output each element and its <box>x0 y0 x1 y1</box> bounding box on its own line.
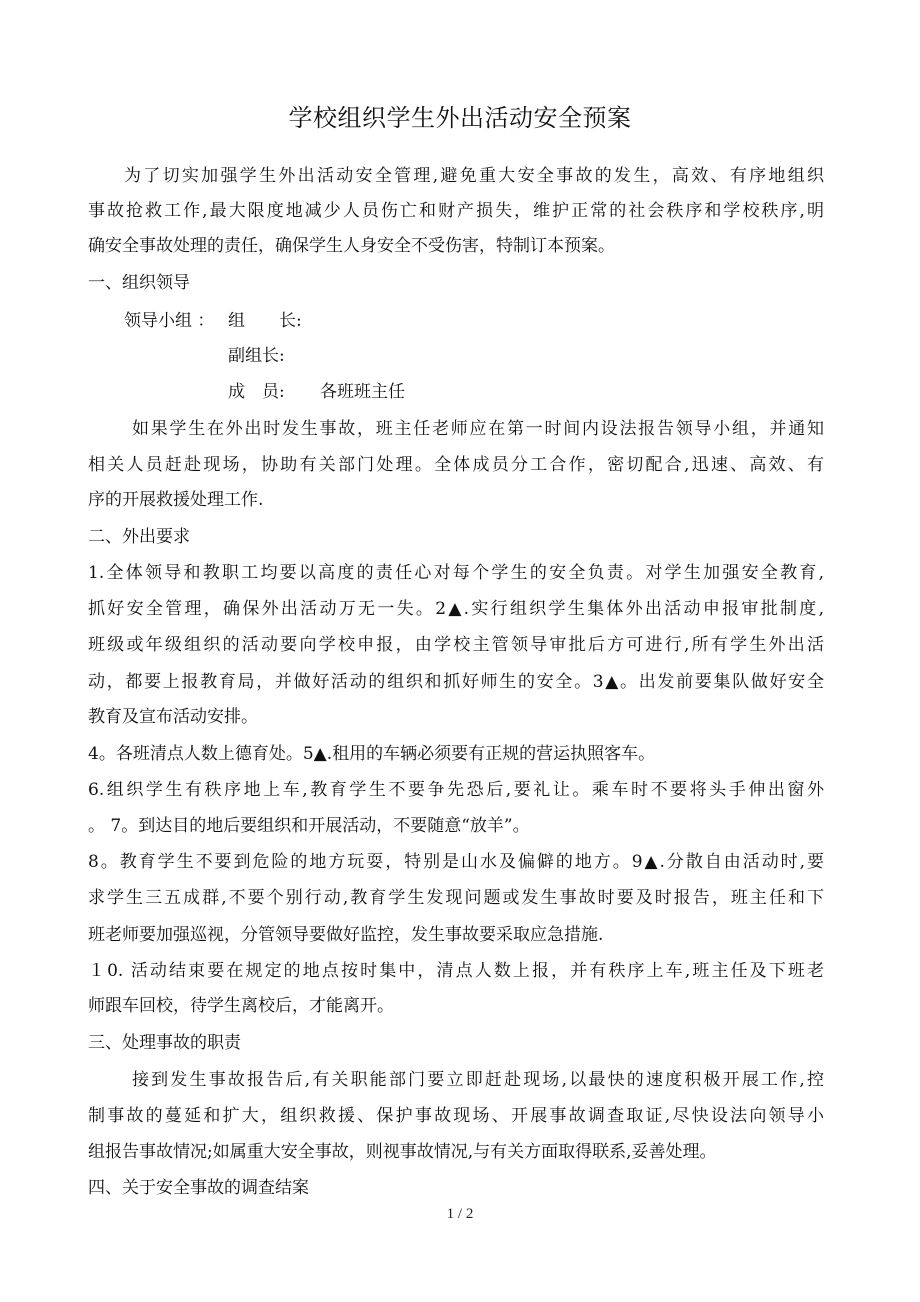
document-title: 学校组织学生外出活动安全预案 <box>0 98 920 133</box>
page-number: 1 / 2 <box>0 1206 920 1223</box>
requirement-line-1: 1.全体领导和教职工均要以高度的责任心对每个学生的安全负责。对学生加强安全教育, <box>88 562 824 584</box>
section3-para-line-1: 接到发生事故报告后,有关职能部门要立即赶赴现场,以最快的速度积极开展工作,控 <box>132 1069 824 1091</box>
leadership-group-label: 领导小组 ： <box>124 310 214 332</box>
section3-para-line-3: 组报告事故情况;如属重大安全事故，则视事故情况,与有关方面取得联系,妥善处理。 <box>88 1141 824 1163</box>
section-heading-1: 一、组织领导 <box>88 272 824 294</box>
section3-para-line-2: 制事故的蔓延和扩大，组织救援、保护事故现场、开展事故调查取证,尽快设法向领导小 <box>88 1105 824 1127</box>
members-label: 成 员: <box>228 381 285 403</box>
requirement-line-13: 师跟车回校，待学生离校后，才能离开。 <box>88 995 824 1017</box>
intro-line-3: 确安全事故处理的责任，确保学生人身安全不受伤害，特制订本预案。 <box>88 235 824 257</box>
deputy-leader-label: 副组长: <box>228 345 285 367</box>
requirement-line-10: 求学生三五成群,不要个别行动,教育学生发现问题或发生事故时要及时报告，班主任和下 <box>88 887 824 909</box>
requirement-line-5: 教育及宣布活动安排。 <box>88 706 824 728</box>
requirement-line-3: 班级或年级组织的活动要向学校申报，由学校主管领导审批后方可进行,所有学生外出活 <box>88 634 824 656</box>
intro-line-2: 事故抢救工作,最大限度地减少人员伤亡和财产损失，维护正常的社会秩序和学校秩序,明 <box>88 200 824 222</box>
section1-para-line-2: 相关人员赶赴现场，协助有关部门处理。全体成员分工合作，密切配合,迅速、高效、有 <box>88 454 824 476</box>
requirement-line-9: 8。教育学生不要到危险的地方玩耍，特别是山水及偏僻的地方。9▲.分散自由活动时,… <box>88 851 824 873</box>
group-leader-label: 组 长: <box>228 310 302 332</box>
section-heading-2: 二、外出要求 <box>88 526 824 548</box>
intro-line-1: 为了切实加强学生外出活动安全管理,避免重大安全事故的发生，高效、有序地组织 <box>124 165 824 187</box>
requirement-line-11: 班老师要加强巡视，分管领导要做好监控，发生事故要采取应急措施. <box>88 924 824 946</box>
requirement-line-2: 抓好安全管理，确保外出活动万无一失。2▲.实行组织学生集体外出活动申报审批制度, <box>88 598 824 620</box>
requirement-line-6: 4。各班清点人数上德育处。5▲.租用的车辆必须要有正规的营运执照客车。 <box>88 743 824 765</box>
section1-para-line-3: 序的开展救援处理工作. <box>88 489 824 511</box>
section-heading-3: 三、处理事故的职责 <box>88 1032 824 1054</box>
members-value: 各班班主任 <box>320 381 405 403</box>
document-page: 学校组织学生外出活动安全预案 为了切实加强学生外出活动安全管理,避免重大安全事故… <box>0 0 920 1302</box>
requirement-line-8: 。 7。到达目的地后要组织和开展活动，不要随意“放羊”。 <box>88 815 824 837</box>
section-heading-4: 四、关于安全事故的调查结案 <box>88 1177 824 1199</box>
requirement-line-7: 6.组织学生有秩序地上车,教育学生不要争先恐后,要礼让。乘车时不要将头手伸出窗外 <box>88 779 824 801</box>
section1-para-line-1: 如果学生在外出时发生事故，班主任老师应在第一时间内设法报告领导小组，并通知 <box>132 418 824 440</box>
requirement-line-12: １0. 活动结束要在规定的地点按时集中，清点人数上报，并有秩序上车,班主任及下班… <box>88 960 824 982</box>
requirement-line-4: 动，都要上报教育局，并做好活动的组织和抓好师生的安全。3▲。出发前要集队做好安全 <box>88 671 824 693</box>
